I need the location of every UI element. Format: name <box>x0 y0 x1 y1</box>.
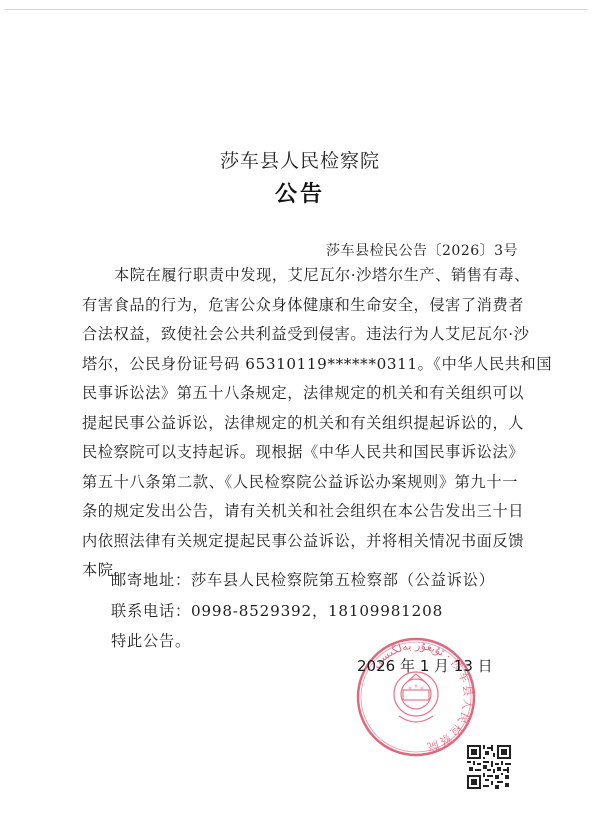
page-top-rule <box>4 9 588 10</box>
mailing-address-value: 莎车县人民检察院第五检察部（公益诉讼） <box>191 571 495 589</box>
body-line: 有害食品的行为，危害公众身体健康和生命安全，侵害了消费者 <box>82 291 518 321</box>
body-line: 塔尔，公民身份证号码 65310119******0311。《中华人民共和国 <box>82 350 518 380</box>
document-number: 莎车县检民公告〔2026〕3号 <box>326 240 518 260</box>
body-line: 提起民事公益诉讼，法律规定的机关和有关组织提起诉讼的，人 <box>82 409 518 439</box>
body-line: 本院在履行职责中发现，艾尼瓦尔·沙塔尔生产、销售有毒、 <box>82 261 518 291</box>
contact-phone-label: 联系电话： <box>111 602 191 620</box>
closing-statement: 特此公告。 <box>111 630 191 651</box>
contact-phone: 联系电话：0998-8529392，18109981208 <box>111 600 443 621</box>
issue-date: 2026 年 1 月 13 日 <box>357 655 493 676</box>
mailing-address: 邮寄地址：莎车县人民检察院第五检察部（公益诉讼） <box>111 569 495 590</box>
body-line: 民检察院可以支持起诉。现根据《中华人民共和国民事诉讼法》 <box>82 438 518 468</box>
announcement-body: 本院在履行职责中发现，艾尼瓦尔·沙塔尔生产、销售有毒、 有害食品的行为，危害公众… <box>82 261 518 586</box>
document-title: 公告 <box>0 177 600 208</box>
mailing-address-label: 邮寄地址： <box>111 571 191 589</box>
body-line: 民事诉讼法》第五十八条规定，法律规定的机关和有关组织可以 <box>82 379 518 409</box>
body-line: 条的规定发出公告，请有关机关和社会组织在本公告发出三十日 <box>82 497 518 527</box>
body-line: 第五十八条第二款、《人民检察院公益诉讼办案规则》第九十一 <box>82 468 518 498</box>
contact-phone-value: 0998-8529392，18109981208 <box>191 602 443 620</box>
qr-code-icon[interactable] <box>467 745 511 789</box>
body-line: 内依照法律有关规定提起民事公益诉讼，并将相关情况书面反馈 <box>82 527 518 557</box>
org-name: 莎车县人民检察院 <box>0 146 600 173</box>
body-line: 合法权益，致使社会公共利益受到侵害。违法行为人艾尼瓦尔·沙 <box>82 320 518 350</box>
